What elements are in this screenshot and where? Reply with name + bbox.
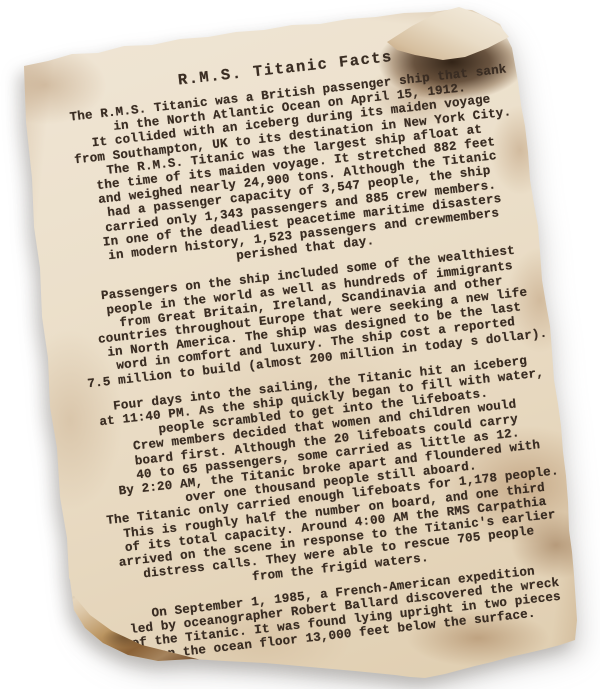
paragraph: Four days into the sailing, the Titanic … [68, 349, 592, 602]
paragraph-list: The R.M.S. Titanic was a British passeng… [36, 59, 599, 670]
paper-shadow-wrap: R.M.S. Titanic Facts The R.M.S. Titanic … [0, 0, 600, 689]
parchment-sheet: R.M.S. Titanic Facts The R.M.S. Titanic … [0, 0, 600, 689]
photo-canvas: R.M.S. Titanic Facts The R.M.S. Titanic … [0, 0, 600, 689]
document-text: R.M.S. Titanic Facts The R.M.S. Titanic … [33, 32, 599, 669]
